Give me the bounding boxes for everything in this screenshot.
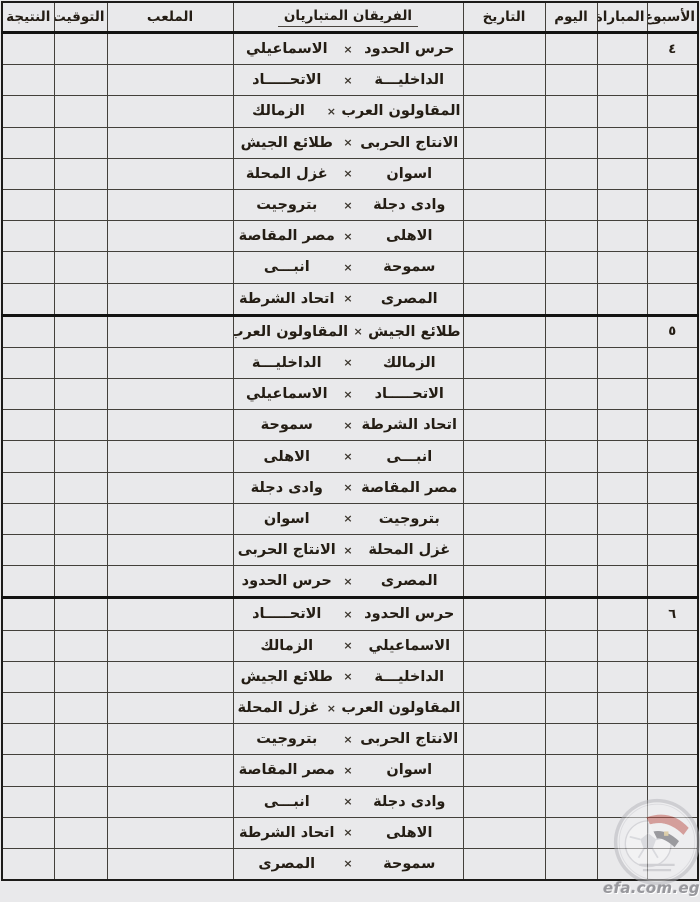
day-cell xyxy=(545,441,597,472)
week-cell xyxy=(647,221,698,252)
home-team: الزمالك xyxy=(358,355,461,371)
header-stadium: الملعب xyxy=(107,2,233,33)
away-team: بتروجيت xyxy=(236,731,339,747)
teams-pair: الاهلى×مصر المقاصة xyxy=(236,228,461,244)
match-number-cell xyxy=(597,566,647,598)
time-cell xyxy=(54,33,107,65)
teams-cell: الزمالك×الداخليـــة xyxy=(233,347,463,378)
away-team: الزمالك xyxy=(236,638,339,654)
vs-symbol: × xyxy=(338,795,358,808)
match-number-cell xyxy=(597,848,647,880)
stadium-cell xyxy=(107,33,233,65)
match-number-cell xyxy=(597,410,647,441)
match-row: اسوان×غزل المحلة xyxy=(2,158,698,189)
match-row: وادى دجلة×انبـــى xyxy=(2,786,698,817)
week-cell xyxy=(647,535,698,566)
home-team: سموحة xyxy=(358,856,461,872)
stadium-cell xyxy=(107,692,233,723)
vs-symbol: × xyxy=(338,230,358,243)
away-team: اسوان xyxy=(236,511,339,527)
result-cell xyxy=(2,221,54,252)
away-team: الداخليـــة xyxy=(236,355,339,371)
day-cell xyxy=(545,724,597,755)
away-team: غزل المحلة xyxy=(236,166,339,182)
fixtures-table: الأسبوع المباراة اليوم التاريخ الفريقان … xyxy=(1,1,699,881)
time-cell xyxy=(54,127,107,158)
stadium-cell xyxy=(107,221,233,252)
teams-pair: الانتاج الحربى×طلائع الجيش xyxy=(236,135,461,151)
week-cell: ٥ xyxy=(647,315,698,347)
home-team: اتحاد الشرطة xyxy=(358,417,461,433)
match-number-cell xyxy=(597,221,647,252)
time-cell xyxy=(54,315,107,347)
header-teams-label: الفريقان المتباريان xyxy=(278,8,418,27)
stadium-cell xyxy=(107,566,233,598)
result-cell xyxy=(2,661,54,692)
away-team: المقاولون العرب xyxy=(233,324,348,340)
week-cell xyxy=(647,692,698,723)
day-cell xyxy=(545,566,597,598)
day-cell xyxy=(545,221,597,252)
header-day: اليوم xyxy=(545,2,597,33)
result-cell xyxy=(2,692,54,723)
home-team: المصرى xyxy=(358,573,461,589)
match-row: سموحة×انبـــى xyxy=(2,252,698,283)
stadium-cell xyxy=(107,535,233,566)
away-team: طلائع الجيش xyxy=(236,135,339,151)
teams-pair: المصرى×اتحاد الشرطة xyxy=(236,291,461,307)
day-cell xyxy=(545,848,597,880)
vs-symbol: × xyxy=(338,356,358,369)
teams-pair: اتحاد الشرطة×سموحة xyxy=(236,417,461,433)
away-team: مصر المقاصة xyxy=(236,762,339,778)
day-cell xyxy=(545,127,597,158)
day-cell xyxy=(545,65,597,96)
time-cell xyxy=(54,472,107,503)
week-cell xyxy=(647,158,698,189)
stadium-cell xyxy=(107,96,233,127)
date-cell xyxy=(463,127,545,158)
time-cell xyxy=(54,65,107,96)
day-cell xyxy=(545,535,597,566)
time-cell xyxy=(54,598,107,630)
vs-symbol: × xyxy=(338,261,358,274)
away-team: الاهلى xyxy=(236,449,339,465)
time-cell xyxy=(54,755,107,786)
vs-symbol: × xyxy=(338,544,358,557)
teams-cell: اسوان×غزل المحلة xyxy=(233,158,463,189)
stadium-cell xyxy=(107,347,233,378)
vs-symbol: × xyxy=(338,512,358,525)
match-row: وادى دجلة×بتروجيت xyxy=(2,189,698,220)
teams-pair: المقاولون العرب×غزل المحلة xyxy=(236,700,461,716)
match-number-cell xyxy=(597,598,647,630)
day-cell xyxy=(545,817,597,848)
teams-cell: حرس الحدود×الاسماعيلي xyxy=(233,33,463,65)
time-cell xyxy=(54,189,107,220)
date-cell xyxy=(463,315,545,347)
teams-cell: غزل المحلة×الانتاج الحربى xyxy=(233,535,463,566)
teams-pair: حرس الحدود×الاتحـــــاد xyxy=(236,606,461,622)
vs-symbol: × xyxy=(348,325,368,338)
week-cell xyxy=(647,347,698,378)
day-cell xyxy=(545,96,597,127)
result-cell xyxy=(2,33,54,65)
home-team: وادى دجلة xyxy=(358,794,461,810)
teams-pair: طلائع الجيش×المقاولون العرب xyxy=(236,324,461,340)
time-cell xyxy=(54,535,107,566)
stadium-cell xyxy=(107,472,233,503)
teams-cell: الاتحـــــاد×الاسماعيلي xyxy=(233,379,463,410)
day-cell xyxy=(545,503,597,534)
match-row: المصرى×حرس الحدود xyxy=(2,566,698,598)
match-number-cell xyxy=(597,786,647,817)
vs-symbol: × xyxy=(338,292,358,305)
match-row: الداخليـــة×الاتحـــــاد xyxy=(2,65,698,96)
vs-symbol: × xyxy=(338,733,358,746)
teams-cell: الداخليـــة×الاتحـــــاد xyxy=(233,65,463,96)
teams-pair: الاتحـــــاد×الاسماعيلي xyxy=(236,386,461,402)
header-result: النتيجة xyxy=(2,2,54,33)
away-team: الاسماعيلي xyxy=(236,41,339,57)
teams-pair: الانتاج الحربى×بتروجيت xyxy=(236,731,461,747)
header-teams: الفريقان المتباريان xyxy=(233,2,463,33)
time-cell xyxy=(54,848,107,880)
teams-cell: مصر المقاصة×وادى دجلة xyxy=(233,472,463,503)
stadium-cell xyxy=(107,724,233,755)
date-cell xyxy=(463,786,545,817)
teams-pair: الداخليـــة×الاتحـــــاد xyxy=(236,72,461,88)
teams-cell: طلائع الجيش×المقاولون العرب xyxy=(233,315,463,347)
stadium-cell xyxy=(107,503,233,534)
date-cell xyxy=(463,158,545,189)
home-team: الداخليـــة xyxy=(358,669,461,685)
teams-cell: وادى دجلة×انبـــى xyxy=(233,786,463,817)
result-cell xyxy=(2,817,54,848)
match-number-cell xyxy=(597,347,647,378)
stadium-cell xyxy=(107,598,233,630)
date-cell xyxy=(463,598,545,630)
home-team: حرس الحدود xyxy=(358,606,461,622)
date-cell xyxy=(463,441,545,472)
date-cell xyxy=(463,630,545,661)
result-cell xyxy=(2,379,54,410)
home-team: غزل المحلة xyxy=(358,542,461,558)
teams-cell: اسوان×مصر المقاصة xyxy=(233,755,463,786)
away-team: سموحة xyxy=(236,417,339,433)
vs-symbol: × xyxy=(338,670,358,683)
vs-symbol: × xyxy=(338,74,358,87)
vs-symbol: × xyxy=(338,764,358,777)
away-team: الانتاج الحربى xyxy=(236,542,339,558)
match-row: مصر المقاصة×وادى دجلة xyxy=(2,472,698,503)
away-team: الزمالك xyxy=(236,103,322,119)
day-cell xyxy=(545,379,597,410)
week-cell xyxy=(647,786,698,817)
time-cell xyxy=(54,503,107,534)
teams-cell: سموحة×انبـــى xyxy=(233,252,463,283)
away-team: غزل المحلة xyxy=(236,700,322,716)
vs-symbol: × xyxy=(338,199,358,212)
match-number-cell xyxy=(597,724,647,755)
week-cell xyxy=(647,252,698,283)
match-row: ٤حرس الحدود×الاسماعيلي xyxy=(2,33,698,65)
home-team: وادى دجلة xyxy=(358,197,461,213)
week-cell xyxy=(647,724,698,755)
away-team: حرس الحدود xyxy=(236,573,339,589)
vs-symbol: × xyxy=(338,388,358,401)
match-number-cell xyxy=(597,441,647,472)
time-cell xyxy=(54,158,107,189)
date-cell xyxy=(463,503,545,534)
match-number-cell xyxy=(597,503,647,534)
date-cell xyxy=(463,189,545,220)
stadium-cell xyxy=(107,158,233,189)
home-team: بتروجيت xyxy=(358,511,461,527)
day-cell xyxy=(545,661,597,692)
teams-pair: وادى دجلة×بتروجيت xyxy=(236,197,461,213)
home-team: الاتحـــــاد xyxy=(358,386,461,402)
teams-pair: الزمالك×الداخليـــة xyxy=(236,355,461,371)
result-cell xyxy=(2,535,54,566)
time-cell xyxy=(54,379,107,410)
match-row: انبـــى×الاهلى xyxy=(2,441,698,472)
date-cell xyxy=(463,848,545,880)
stadium-cell xyxy=(107,410,233,441)
home-team: سموحة xyxy=(358,259,461,275)
stadium-cell xyxy=(107,786,233,817)
time-cell xyxy=(54,786,107,817)
match-number-cell xyxy=(597,661,647,692)
week-cell xyxy=(647,283,698,315)
home-team: الاهلى xyxy=(358,228,461,244)
away-team: الاسماعيلي xyxy=(236,386,339,402)
date-cell xyxy=(463,661,545,692)
day-cell xyxy=(545,786,597,817)
result-cell xyxy=(2,755,54,786)
result-cell xyxy=(2,315,54,347)
away-team: طلائع الجيش xyxy=(236,669,339,685)
match-number-cell xyxy=(597,755,647,786)
match-row: ٥طلائع الجيش×المقاولون العرب xyxy=(2,315,698,347)
day-cell xyxy=(545,189,597,220)
match-row: المقاولون العرب×غزل المحلة xyxy=(2,692,698,723)
teams-cell: بتروجيت×اسوان xyxy=(233,503,463,534)
vs-symbol: × xyxy=(338,136,358,149)
watermark-site-text: efa.com.eg xyxy=(603,879,700,897)
stadium-cell xyxy=(107,848,233,880)
date-cell xyxy=(463,283,545,315)
header-time: التوقيت xyxy=(54,2,107,33)
away-team: انبـــى xyxy=(236,259,339,275)
teams-pair: بتروجيت×اسوان xyxy=(236,511,461,527)
match-row: اسوان×مصر المقاصة xyxy=(2,755,698,786)
teams-cell: حرس الحدود×الاتحـــــاد xyxy=(233,598,463,630)
match-number-cell xyxy=(597,379,647,410)
match-row: الداخليـــة×طلائع الجيش xyxy=(2,661,698,692)
time-cell xyxy=(54,96,107,127)
date-cell xyxy=(463,724,545,755)
home-team: الداخليـــة xyxy=(358,72,461,88)
stadium-cell xyxy=(107,630,233,661)
match-row: المصرى×اتحاد الشرطة xyxy=(2,283,698,315)
vs-symbol: × xyxy=(321,702,341,715)
result-cell xyxy=(2,786,54,817)
header-week: الأسبوع xyxy=(647,2,698,33)
teams-pair: انبـــى×الاهلى xyxy=(236,449,461,465)
away-team: انبـــى xyxy=(236,794,339,810)
date-cell xyxy=(463,472,545,503)
fixtures-page: الأسبوع المباراة اليوم التاريخ الفريقان … xyxy=(0,0,700,902)
teams-cell: المصرى×اتحاد الشرطة xyxy=(233,283,463,315)
home-team: المصرى xyxy=(358,291,461,307)
match-number-cell xyxy=(597,33,647,65)
vs-symbol: × xyxy=(338,826,358,839)
teams-pair: الاسماعيلي×الزمالك xyxy=(236,638,461,654)
stadium-cell xyxy=(107,379,233,410)
teams-cell: اتحاد الشرطة×سموحة xyxy=(233,410,463,441)
time-cell xyxy=(54,817,107,848)
away-team: الاتحـــــاد xyxy=(236,606,339,622)
teams-cell: انبـــى×الاهلى xyxy=(233,441,463,472)
match-row: ٦حرس الحدود×الاتحـــــاد xyxy=(2,598,698,630)
date-cell xyxy=(463,817,545,848)
vs-symbol: × xyxy=(338,575,358,588)
vs-symbol: × xyxy=(338,167,358,180)
header-match: المباراة xyxy=(597,2,647,33)
day-cell xyxy=(545,252,597,283)
teams-pair: مصر المقاصة×وادى دجلة xyxy=(236,480,461,496)
teams-pair: الاهلى×اتحاد الشرطة xyxy=(236,825,461,841)
match-row: الزمالك×الداخليـــة xyxy=(2,347,698,378)
time-cell xyxy=(54,252,107,283)
week-cell xyxy=(647,127,698,158)
week-cell xyxy=(647,630,698,661)
time-cell xyxy=(54,692,107,723)
day-cell xyxy=(545,33,597,65)
date-cell xyxy=(463,96,545,127)
home-team: الاسماعيلي xyxy=(358,638,461,654)
result-cell xyxy=(2,566,54,598)
week-cell xyxy=(647,65,698,96)
teams-cell: الاهلى×اتحاد الشرطة xyxy=(233,817,463,848)
stadium-cell xyxy=(107,283,233,315)
time-cell xyxy=(54,630,107,661)
date-cell xyxy=(463,65,545,96)
stadium-cell xyxy=(107,65,233,96)
header-date: التاريخ xyxy=(463,2,545,33)
match-number-cell xyxy=(597,189,647,220)
match-number-cell xyxy=(597,535,647,566)
home-team: مصر المقاصة xyxy=(358,480,461,496)
match-row: المقاولون العرب×الزمالك xyxy=(2,96,698,127)
teams-cell: الانتاج الحربى×بتروجيت xyxy=(233,724,463,755)
time-cell xyxy=(54,724,107,755)
result-cell xyxy=(2,410,54,441)
stadium-cell xyxy=(107,661,233,692)
result-cell xyxy=(2,848,54,880)
result-cell xyxy=(2,347,54,378)
week-cell xyxy=(647,661,698,692)
result-cell xyxy=(2,65,54,96)
week-cell xyxy=(647,472,698,503)
result-cell xyxy=(2,598,54,630)
home-team: اسوان xyxy=(358,762,461,778)
away-team: اتحاد الشرطة xyxy=(236,825,339,841)
home-team: طلائع الجيش xyxy=(368,324,460,340)
date-cell xyxy=(463,535,545,566)
week-cell xyxy=(647,410,698,441)
teams-cell: وادى دجلة×بتروجيت xyxy=(233,189,463,220)
week-cell xyxy=(647,848,698,880)
match-number-cell xyxy=(597,315,647,347)
away-team: مصر المقاصة xyxy=(236,228,339,244)
stadium-cell xyxy=(107,189,233,220)
away-team: اتحاد الشرطة xyxy=(236,291,339,307)
match-row: غزل المحلة×الانتاج الحربى xyxy=(2,535,698,566)
day-cell xyxy=(545,158,597,189)
vs-symbol: × xyxy=(338,857,358,870)
day-cell xyxy=(545,755,597,786)
day-cell xyxy=(545,410,597,441)
away-team: بتروجيت xyxy=(236,197,339,213)
stadium-cell xyxy=(107,441,233,472)
day-cell xyxy=(545,598,597,630)
vs-symbol: × xyxy=(338,450,358,463)
away-team: الاتحـــــاد xyxy=(236,72,339,88)
home-team: حرس الحدود xyxy=(358,41,461,57)
result-cell xyxy=(2,441,54,472)
day-cell xyxy=(545,315,597,347)
date-cell xyxy=(463,566,545,598)
teams-pair: غزل المحلة×الانتاج الحربى xyxy=(236,542,461,558)
week-cell: ٤ xyxy=(647,33,698,65)
match-number-cell xyxy=(597,65,647,96)
match-number-cell xyxy=(597,283,647,315)
match-row: سموحة×المصرى xyxy=(2,848,698,880)
stadium-cell xyxy=(107,817,233,848)
week-cell: ٦ xyxy=(647,598,698,630)
day-cell xyxy=(545,630,597,661)
date-cell xyxy=(463,379,545,410)
match-row: الانتاج الحربى×بتروجيت xyxy=(2,724,698,755)
home-team: المقاولون العرب xyxy=(341,700,460,716)
teams-cell: المقاولون العرب×الزمالك xyxy=(233,96,463,127)
week-cell xyxy=(647,755,698,786)
match-row: الانتاج الحربى×طلائع الجيش xyxy=(2,127,698,158)
teams-cell: سموحة×المصرى xyxy=(233,848,463,880)
home-team: المقاولون العرب xyxy=(341,103,460,119)
result-cell xyxy=(2,283,54,315)
week-cell xyxy=(647,96,698,127)
away-team: المصرى xyxy=(236,856,339,872)
date-cell xyxy=(463,33,545,65)
result-cell xyxy=(2,189,54,220)
time-cell xyxy=(54,661,107,692)
stadium-cell xyxy=(107,252,233,283)
vs-symbol: × xyxy=(338,608,358,621)
date-cell xyxy=(463,755,545,786)
match-row: الاهلى×مصر المقاصة xyxy=(2,221,698,252)
time-cell xyxy=(54,566,107,598)
week-cell xyxy=(647,566,698,598)
week-cell xyxy=(647,817,698,848)
result-cell xyxy=(2,472,54,503)
match-number-cell xyxy=(597,472,647,503)
teams-pair: حرس الحدود×الاسماعيلي xyxy=(236,41,461,57)
result-cell xyxy=(2,503,54,534)
day-cell xyxy=(545,692,597,723)
